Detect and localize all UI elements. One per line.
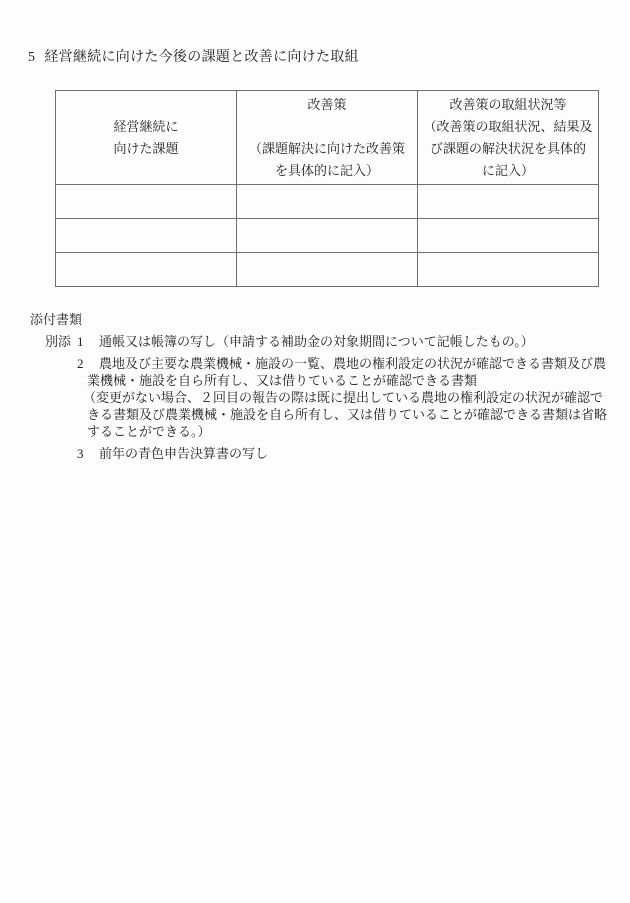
section-number: 5: [28, 50, 35, 66]
header-line: 経営継続に: [113, 116, 178, 138]
header-line: に記入）: [482, 160, 534, 182]
attachment-item-number: 1: [77, 333, 84, 350]
table-empty-cell: [418, 253, 599, 287]
table-empty-cell: [237, 253, 418, 287]
table-row: [56, 253, 599, 287]
header-line: 改善策: [307, 94, 346, 116]
document-page: 5経営継続に向けた今後の課題と改善に向けた取組 経営継続に 向けた課題 改善策 …: [0, 0, 630, 903]
attachment-item-line: 農地及び主要な農業機械・施設の一覧、農地の権利設定の状況が確認できる書類及び農: [99, 355, 606, 372]
header-line: 向けた課題: [113, 138, 178, 160]
header-cell-issues-lines: 経営継続に 向けた課題: [56, 116, 236, 160]
issues-improvements-table: 経営継続に 向けた課題 改善策 （課題解決に向けた改善策 を具体的に記入） 改善…: [55, 90, 599, 287]
attachment-item-number: 3: [77, 445, 84, 462]
header-line: を具体的に記入）: [275, 160, 379, 182]
header-cell-improvements: 改善策 （課題解決に向けた改善策 を具体的に記入）: [237, 91, 418, 185]
table-empty-cell: [237, 185, 418, 219]
attachment-item-line: （変更がない場合、２回目の報告の際は既に提出している農地の権利設定の状況が確認で: [83, 389, 603, 406]
header-line: 改善策の取組状況等: [449, 94, 566, 116]
attachment-item-text: 通帳又は帳簿の写し（申請する補助金の対象期間について記帳したもの。）: [99, 333, 534, 350]
table-empty-cell: [237, 219, 418, 253]
header-line: （改善策の取組状況、結果及: [423, 116, 592, 138]
attachment-item-text: 前年の青色申告決算書の写し: [99, 445, 268, 462]
attachment-item-line: することができる。）: [87, 423, 211, 440]
header-cell-issues: 経営継続に 向けた課題: [56, 91, 237, 185]
attachment-item-number: 2: [77, 355, 84, 372]
table-empty-cell: [418, 219, 599, 253]
header-line: （課題解決に向けた改善策: [249, 138, 405, 160]
table-empty-cell: [56, 253, 237, 287]
header-line: び課題の解決状況を具体的: [430, 138, 586, 160]
table-header-row: 経営継続に 向けた課題 改善策 （課題解決に向けた改善策 を具体的に記入） 改善…: [56, 91, 599, 185]
table-empty-cell: [418, 185, 599, 219]
attachment-item-line: きる書類及び農業機械・施設を自ら所有し、又は借りていることが確認できる書類は省略: [87, 406, 607, 423]
section-heading: 5経営継続に向けた今後の課題と改善に向けた取組: [28, 46, 359, 66]
table-empty-cell: [56, 219, 237, 253]
section-title: 経営継続に向けた今後の課題と改善に向けた取組: [44, 50, 359, 65]
header-cell-progress: 改善策の取組状況等 （改善策の取組状況、結果及 び課題の解決状況を具体的 に記入…: [418, 91, 599, 185]
table-row: [56, 185, 599, 219]
appendix-label: 別添: [45, 333, 71, 350]
header-cell-progress-lines: 改善策の取組状況等 （改善策の取組状況、結果及 び課題の解決状況を具体的 に記入…: [418, 94, 598, 182]
attachment-item-line: 業機械・施設を自ら所有し、又は借りていることが確認できる書類: [87, 372, 477, 389]
table-row: [56, 219, 599, 253]
attachments-section: 添付書類 別添 1 通帳又は帳簿の写し（申請する補助金の対象期間について記帳した…: [0, 311, 630, 471]
table-empty-cell: [56, 185, 237, 219]
header-cell-improvements-lines: 改善策 （課題解決に向けた改善策 を具体的に記入）: [237, 94, 417, 182]
attachments-heading: 添付書類: [30, 311, 82, 328]
